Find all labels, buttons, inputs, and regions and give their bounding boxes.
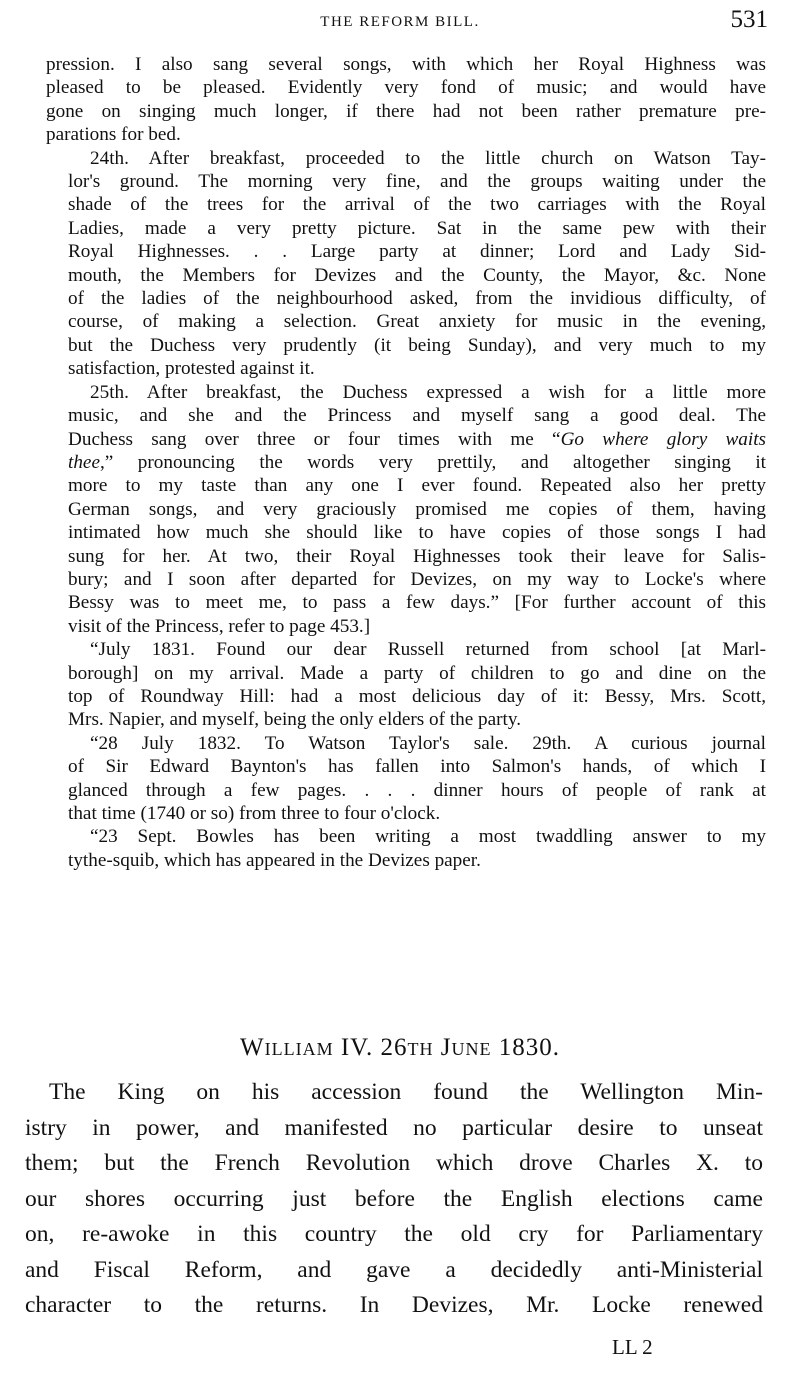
paragraph-28-july-1832: “28 July 1832. To Watson Taylor's sale. …: [46, 732, 766, 826]
text-line: istry in power, and manifested no partic…: [25, 1111, 763, 1147]
paragraph-24th: 24th. After breakfast, proceeded to the …: [46, 147, 766, 381]
text-line: 24th. After breakfast, proceeded to the …: [46, 147, 766, 170]
text-line: sung for her. At two, their Royal Highne…: [46, 545, 766, 568]
text-line: lor's ground. The morning very fine, and…: [46, 170, 766, 193]
paragraph-july-1831: “July 1831. Found our dear Russell retur…: [46, 638, 766, 732]
running-title: THE REFORM BILL.: [0, 14, 800, 31]
text-line: pleased to be pleased. Evidently very fo…: [46, 76, 766, 99]
page-header: THE REFORM BILL. 531: [0, 6, 800, 36]
text-line: character to the returns. In Devizes, Mr…: [25, 1288, 763, 1324]
text-line: but the Duchess very prudently (it being…: [46, 334, 766, 357]
text-line: course, of making a selection. Great anx…: [46, 310, 766, 333]
text-run: Duchess sang over three or four times wi…: [68, 429, 561, 450]
text-line: “28 July 1832. To Watson Taylor's sale. …: [46, 732, 766, 755]
text-line: “July 1831. Found our dear Russell retur…: [46, 638, 766, 661]
text-line: music, and she and the Princess and myse…: [46, 404, 766, 427]
text-line: The King on his accession found the Well…: [25, 1075, 763, 1111]
text-line: on, re-awoke in this country the old cry…: [25, 1217, 763, 1253]
text-line: glanced through a few pages. . . . dinne…: [46, 779, 766, 802]
text-line: mouth, the Members for Devizes and the C…: [46, 264, 766, 287]
text-line: Mrs. Napier, and myself, being the only …: [46, 708, 766, 731]
text-run: ,” pronouncing the words very prettily, …: [100, 452, 766, 473]
text-line: parations for bed.: [46, 123, 766, 146]
text-line: gone on singing much longer, if there ha…: [46, 100, 766, 123]
signature-mark: LL 2: [612, 1335, 653, 1360]
text-line: 25th. After breakfast, the Duchess expre…: [46, 381, 766, 404]
text-line: bury; and I soon after departed for Devi…: [46, 568, 766, 591]
text-line: visit of the Princess, refer to page 453…: [46, 615, 766, 638]
text-line: that time (1740 or so) from three to fou…: [46, 802, 766, 825]
text-line: them; but the French Revolution which dr…: [25, 1146, 763, 1182]
text-line: “23 Sept. Bowles has been writing a most…: [46, 825, 766, 848]
text-line: and Fiscal Reform, and gave a decidedly …: [25, 1253, 763, 1289]
text-line-with-italic: Duchess sang over three or four times wi…: [46, 428, 766, 451]
text-line: our shores occurring just before the Eng…: [25, 1182, 763, 1218]
text-line: pression. I also sang several songs, wit…: [46, 53, 766, 76]
section-body: The King on his accession found the Well…: [25, 1075, 763, 1324]
text-line: shade of the trees for the arrival of th…: [46, 193, 766, 216]
paragraph-1: pression. I also sang several songs, wit…: [46, 53, 766, 147]
text-line: Royal Highnesses. . . Large party at din…: [46, 240, 766, 263]
text-line: tythe-squib, which has appeared in the D…: [46, 849, 766, 872]
text-line: Ladies, made a very pretty picture. Sat …: [46, 217, 766, 240]
text-line: Bessy was to meet me, to pass a few days…: [46, 591, 766, 614]
paragraph-25th: 25th. After breakfast, the Duchess expre…: [46, 381, 766, 638]
quoted-journal-text: pression. I also sang several songs, wit…: [46, 53, 766, 872]
text-line: more to my taste than any one I ever fou…: [46, 474, 766, 497]
text-line: German songs, and very graciously promis…: [46, 498, 766, 521]
page-number: 531: [731, 6, 769, 34]
song-title-italic: Go where glory waits: [561, 429, 766, 450]
text-line: top of Roundway Hill: had a most delicio…: [46, 685, 766, 708]
text-line: intimated how much she should like to ha…: [46, 521, 766, 544]
song-title-italic-end: thee: [68, 452, 100, 473]
section-heading: William IV. 26th June 1830.: [0, 1034, 800, 1062]
text-line: borough] on my arrival. Made a party of …: [46, 662, 766, 685]
text-line: satisfaction, protested against it.: [46, 357, 766, 380]
text-line: thee,” pronouncing the words very pretti…: [46, 451, 766, 474]
paragraph-23-sept: “23 Sept. Bowles has been writing a most…: [46, 825, 766, 872]
text-line: of the ladies of the neighbourhood asked…: [46, 287, 766, 310]
text-line: of Sir Edward Baynton's has fallen into …: [46, 755, 766, 778]
